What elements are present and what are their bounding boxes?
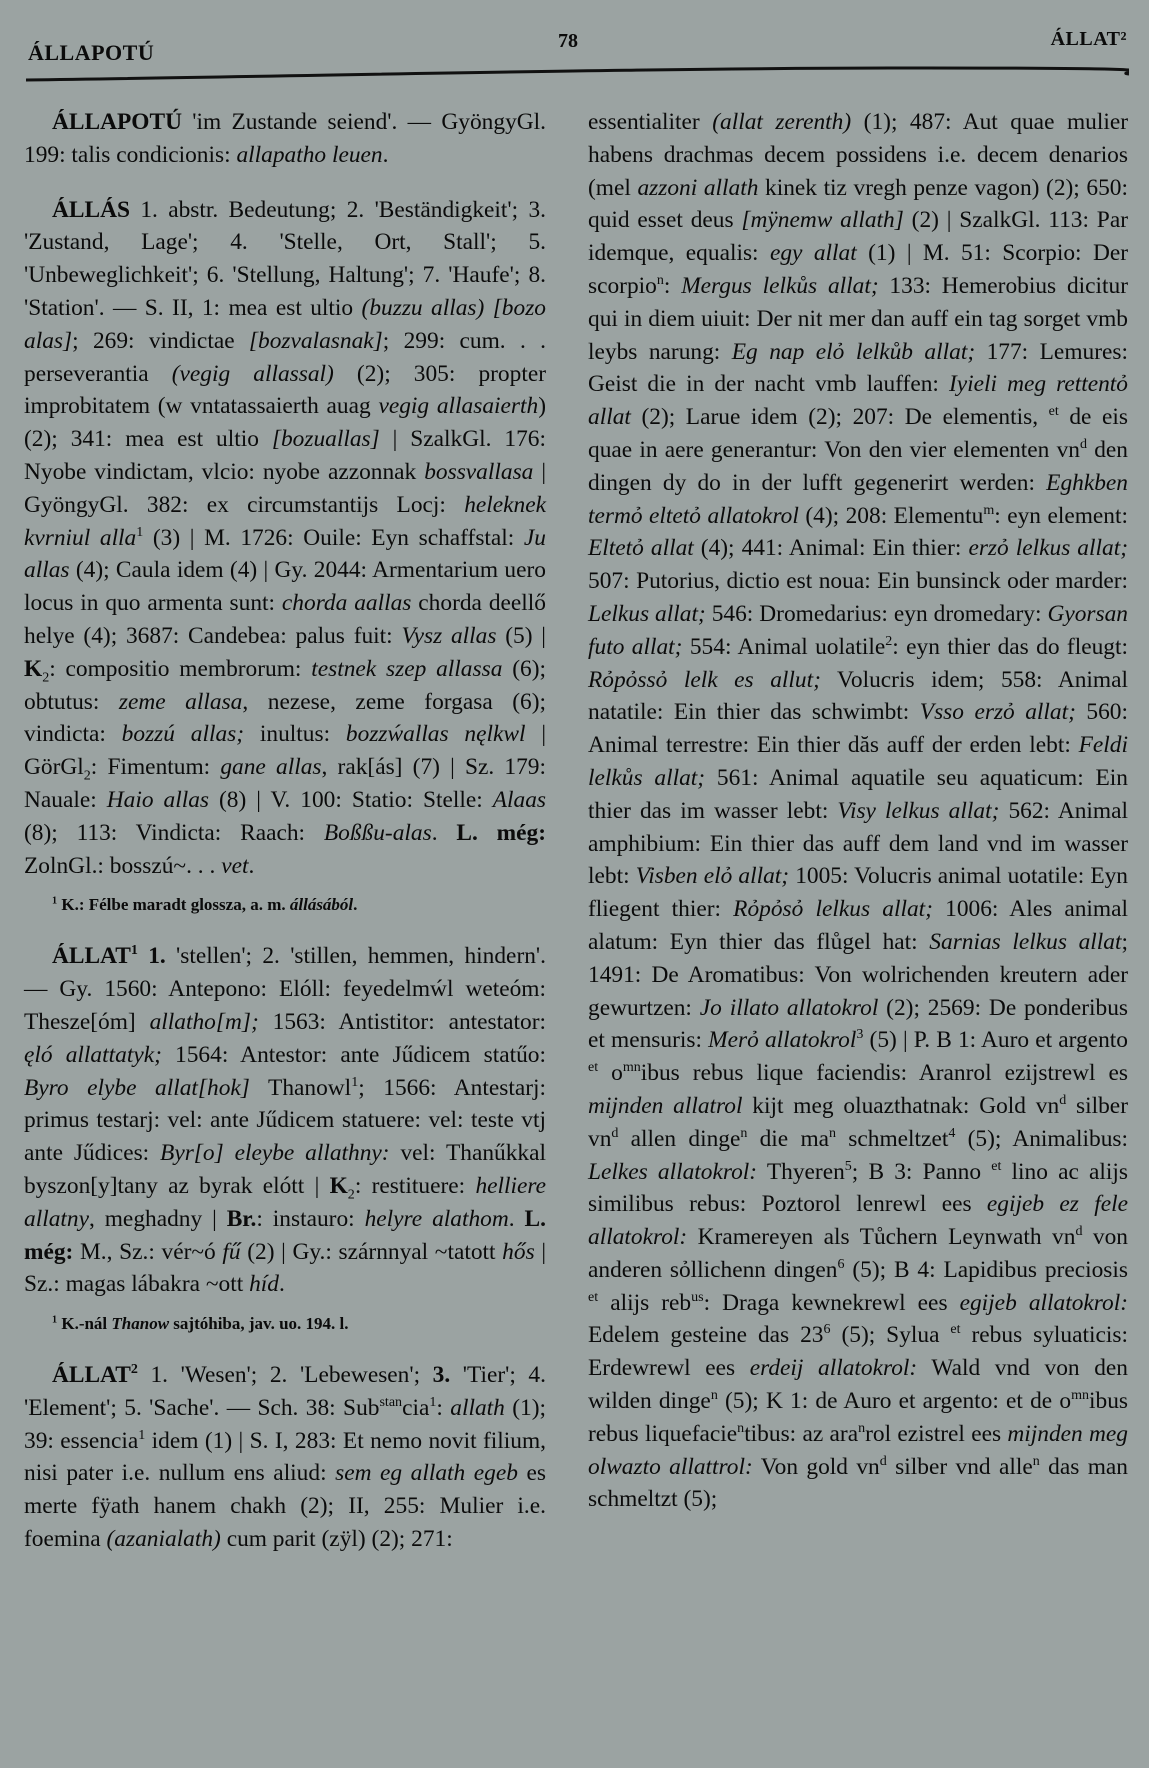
entry-allat2-continued: essentialiter (allat zerenth) (1); 487: …	[588, 106, 1128, 1516]
headword: ÁLLAT	[52, 1362, 131, 1388]
headword: ÁLLAPOTÚ	[52, 109, 182, 135]
column-break-text: cum parit (zÿl) (2); 271:	[221, 1526, 453, 1552]
right-column: essentialiter (allat zerenth) (1); 487: …	[588, 106, 1128, 1516]
headword: ÁLLÁS	[52, 197, 130, 223]
footnote-allat1: 1 K.-nál Thanow sajtóhiba, jav. uo. 194.…	[24, 1313, 546, 1335]
entry-allas: ÁLLÁS 1. abstr. Bedeutung; 2. 'Beständig…	[24, 194, 546, 883]
headword: ÁLLAT	[52, 943, 131, 969]
left-column: ÁLLAPOTÚ 'im Zustande seiend'. — GyöngyG…	[24, 106, 546, 1556]
footnote-allas: 1 K.: Félbe maradt glossza, a. m. állásá…	[24, 894, 546, 916]
see-also-label: L. még:	[456, 820, 546, 846]
running-head-left: ÁLLAPOTÚ	[28, 40, 154, 66]
running-head-right: ÁLLAT²	[1051, 28, 1127, 51]
page-number: 78	[558, 30, 578, 53]
header-rule	[26, 66, 1129, 86]
entry-allat1: ÁLLAT1 1. 'stellen'; 2. 'stillen, hemmen…	[24, 940, 546, 1301]
running-header: ÁLLAPOTÚ 78 ÁLLAT²	[26, 22, 1129, 74]
entry-allat2: ÁLLAT2 1. 'Wesen'; 2. 'Lebewesen'; 3. 'T…	[24, 1359, 546, 1556]
entry-allapotu: ÁLLAPOTÚ 'im Zustande seiend'. — GyöngyG…	[24, 106, 546, 172]
